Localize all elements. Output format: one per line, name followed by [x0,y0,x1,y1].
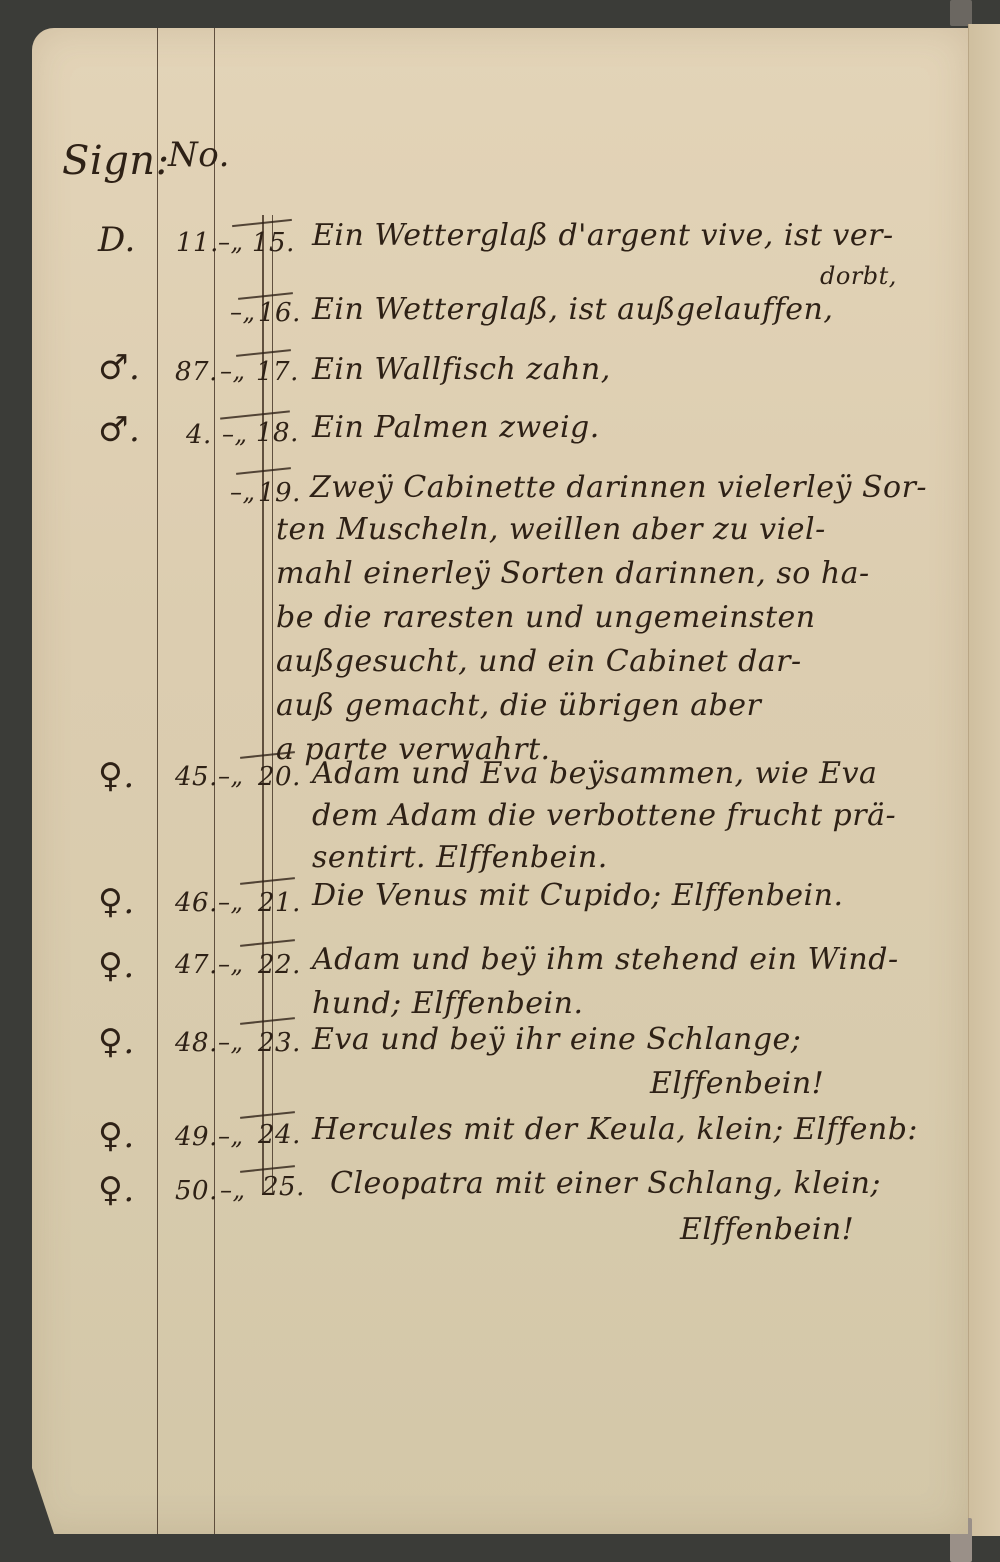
entry-sign: ♀. [98,882,135,922]
item-number: 19. [258,478,301,508]
item-number: 17. [256,357,299,387]
entry-sign: D. [98,220,136,260]
item-number: 15. [252,228,295,258]
binding-tab-top [950,0,972,26]
entry-number: 50. [175,1176,218,1206]
ditto-mark: –„ [230,478,255,506]
entry-text: außgesucht, und ein Cabinet dar- [276,644,802,679]
entry-sign: ♀. [98,1170,135,1210]
entry-text: Ein Wetterglaß, ist außgelauffen, [312,292,833,327]
ditto-mark: –„ [220,1176,245,1204]
item-number: 20. [258,762,301,792]
entry-text: dorbt, [820,262,897,290]
entry-number: 87. [175,357,218,387]
ditto-mark: –„ [218,950,243,978]
entry-text: auß gemacht, die übrigen aber [276,688,761,723]
entry-text: Ein Wallfisch zahn, [312,352,611,387]
entry-sign: ♂. [98,410,140,450]
entry-sign: ♀. [98,1116,135,1156]
entry-number: 45. [175,762,218,792]
ditto-mark: –„ [220,357,245,385]
entry-number: 4. [186,420,212,450]
entry-sign: ♀. [98,756,135,796]
entry-number: 46. [175,888,218,918]
item-number: 22. [258,950,301,980]
entry-sign: ♀. [98,1022,135,1062]
ditto-mark: –„ [218,888,243,916]
entry-text: Hercules mit der Keula, klein; Elffenb: [312,1112,918,1147]
ditto-mark: –„ [218,1028,243,1056]
entry-number: 47. [175,950,218,980]
entry-number: 11. [176,228,219,258]
entry-text: sentirt. Elffenbein. [312,840,608,875]
entry-text: Ein Wetterglaß d'argent vive, ist ver- [312,218,894,253]
entry-sign: ♀. [98,946,135,986]
entry-number: 48. [175,1028,218,1058]
entry-text: Adam und beÿ ihm stehend ein Wind- [312,942,899,977]
entry-sign: ♂. [98,348,140,388]
entry-number: 49. [175,1122,218,1152]
item-number: 16. [258,298,301,328]
item-number: 23. [258,1028,301,1058]
entry-text: Adam und Eva beÿsammen, wie Eva [312,756,877,791]
header-number: No. [168,135,230,175]
ditto-mark: –„ [218,1122,243,1150]
facing-page-edge [968,24,1000,1536]
entry-text: Eva und beÿ ihr eine Schlange; [312,1022,801,1057]
entry-text: Elffenbein! [650,1066,824,1101]
ditto-mark: –„ [218,228,243,256]
entry-text: dem Adam die verbottene frucht prä- [312,798,896,833]
entry-text: Cleopatra mit einer Schlang, klein; [330,1166,881,1201]
item-number: 18. [256,418,299,448]
entry-text: be die raresten und ungemeinsten [276,600,816,635]
column-rule-sign [157,28,158,1534]
entry-text: Elffenbein! [680,1212,854,1247]
ditto-mark: –„ [222,420,247,448]
ditto-mark: –„ [218,762,243,790]
entry-text: Zweÿ Cabinette darinnen vielerleÿ Sor- [310,470,927,505]
entry-text: mahl einerleÿ Sorten darinnen, so ha- [276,556,870,591]
item-number: 21. [258,888,301,918]
entry-text: ten Muscheln, weillen aber zu viel- [276,512,826,547]
header-sign: Sign: [62,138,170,184]
entry-text: hund; Elffenbein. [312,986,584,1021]
entry-text: Ein Palmen zweig. [312,410,600,445]
item-number: 25. [262,1172,305,1202]
item-number: 24. [258,1120,301,1150]
entry-text: Die Venus mit Cupido; Elffenbein. [312,878,843,913]
ditto-mark: –„ [230,298,255,326]
